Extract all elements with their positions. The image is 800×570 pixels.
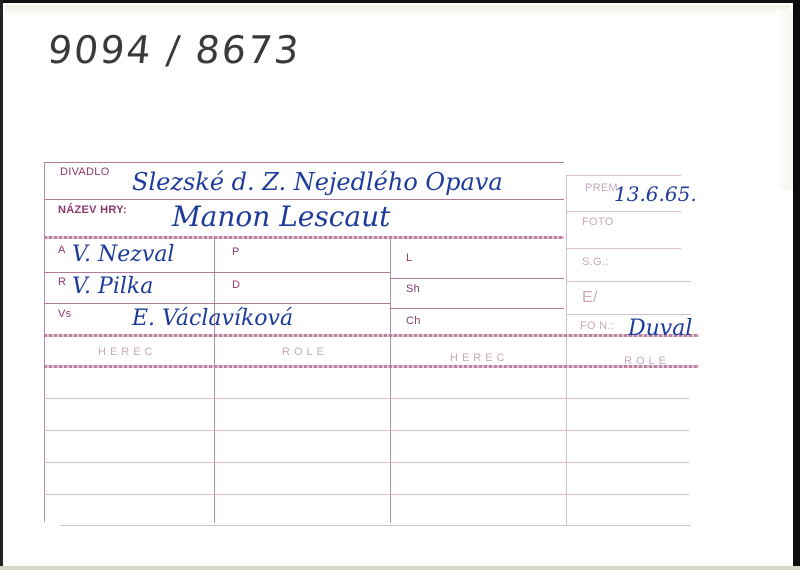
paper-shadow-right [775,10,793,190]
e-label: E/ [582,289,598,307]
rule-cast-header-bottom [44,365,699,368]
rule-top-right [566,175,681,176]
translation-label: P [232,246,240,258]
border-left [44,162,45,522]
rule-cast-row-2 [44,430,689,431]
photo-number-label: FO N.: [580,320,614,332]
theatre-label: DIVADLO [60,166,110,178]
cast-header-actor-2: HEREC [450,352,509,364]
play-title-value: Manon Lescaut [172,200,390,233]
cast-header-actor-1: HEREC [98,346,157,358]
inventory-number: 9094 / 8673 [46,28,303,72]
cast-header-role-1: ROLE [282,346,328,358]
column-divider-2 [390,238,391,523]
rule-cast-row-1 [44,398,689,399]
frame-right-edge [793,0,800,570]
director-label: R [58,276,66,288]
author-label: A [58,244,66,256]
frame-bottom-edge [0,566,800,570]
column-divider-1 [214,238,215,523]
rule-e [566,314,691,315]
author-value: V. Nezval [72,242,174,267]
premiere-value: 13.6.65. [614,182,697,206]
choreography-label: Ch [406,315,421,327]
music-label: Sh [406,283,420,295]
rule-row-sh [390,308,564,309]
sg-label: S.G.: [582,256,609,268]
dramaturgy-label: D [232,279,240,291]
rule-cast-row-3 [44,462,689,463]
frame-top-edge [0,0,800,3]
rule-row-a [44,272,390,273]
theatre-value: Slezské d. Z. Nejedlého Opava [132,168,503,196]
border-side-panel [566,175,567,525]
rule-premiere-bottom [566,211,681,212]
rule-top [44,162,564,163]
lighting-label: L [406,252,412,264]
play-title-label: NÁZEV HRY: [58,204,127,216]
director-value: V. Pilka [72,274,153,299]
paper-shadow-top [5,5,790,17]
rule-cast-row-4 [44,494,689,495]
rule-row-r [44,303,390,304]
photographer-value: Duval [628,316,692,341]
rule-row-l [390,278,564,279]
rule-cast-header-top [44,334,699,337]
rule-photo-bottom [566,248,681,249]
rule-title-bottom [44,236,564,239]
rule-cast-bottom [60,525,690,526]
rule-sg [566,281,691,282]
photo-label: FOTO [582,216,614,228]
cast-header-role-2: ROLE [624,355,670,367]
set-design-value: E. Václavíková [132,306,293,331]
frame-left-edge [0,0,3,570]
set-design-label: Vs [58,308,71,320]
